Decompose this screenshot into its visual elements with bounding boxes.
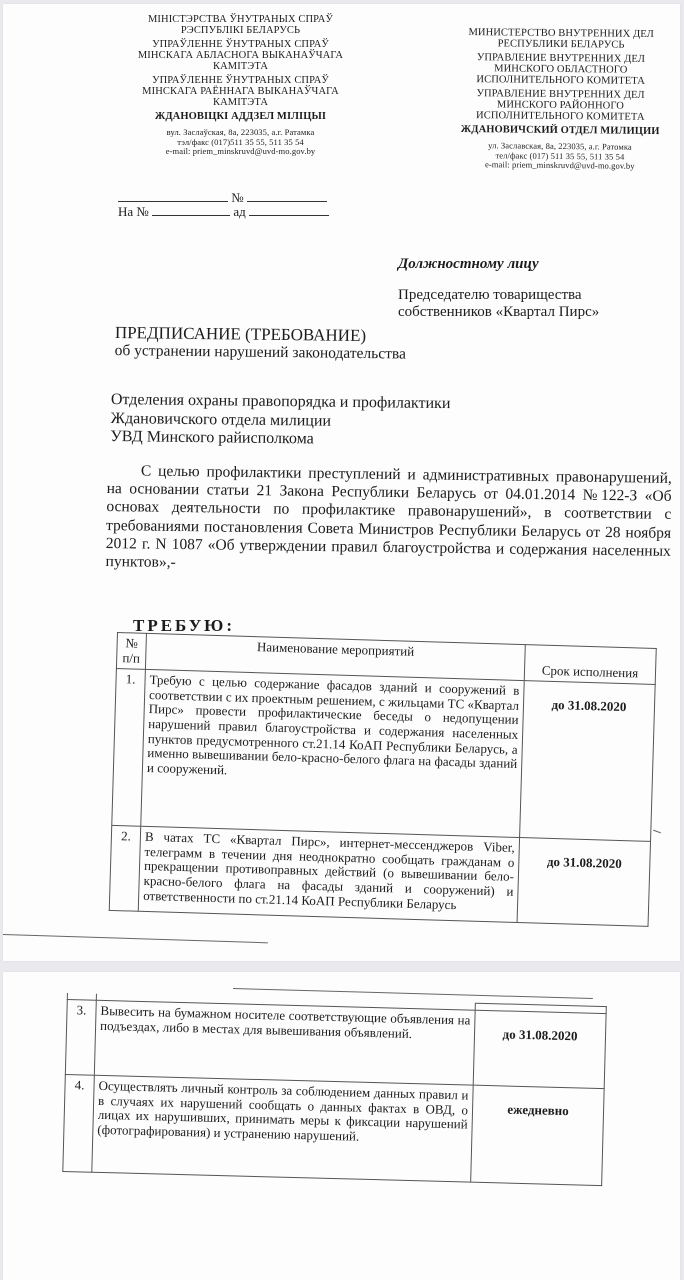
department-name-ru: ЖДАНОВИЧСКИЙ ОТДЕЛ МИЛИЦИИ <box>453 124 668 137</box>
table-row: 4. Осуществлять личный контроль за соблю… <box>63 1074 604 1185</box>
number-blank <box>247 191 327 202</box>
requirements-table-continued: 3. Вывесить на бумажном носителе соответ… <box>62 992 607 1186</box>
addressee-role: Должностному лицу <box>398 256 599 273</box>
ministry-name-ru: МИНИСТЕРСТВО ВНУТРЕННИХ ДЕЛ РЕСПУБЛИКИ Б… <box>454 27 669 51</box>
department-name-by: ЖДАНОВІЦКІ АДДЗЕЛ МІЛІЦЫІ <box>133 111 348 122</box>
email-ru: e-mail: priem_minskruvd@uvd-mo.gov.by <box>452 160 667 172</box>
stray-mark <box>653 830 661 834</box>
document-page-1: МІНІСТЭРСТВА ЎНУТРАНЫХ СПРАЎ РЭСПУБЛІКІ … <box>3 4 680 961</box>
row-num: 4. <box>63 1074 95 1172</box>
date-blank <box>118 191 228 202</box>
row-deadline: до 31.08.2020 <box>473 1010 606 1088</box>
table-row: 3. Вывесить на бумажном носителе соответ… <box>65 1000 606 1089</box>
letterhead-belarusian: МІНІСТЭРСТВА ЎНУТРАНЫХ СПРАЎ РЭСПУБЛІКІ … <box>133 14 348 157</box>
header-num: № п/п <box>116 633 146 670</box>
from-label: ад <box>233 204 245 219</box>
addressee-line-1: Председателю товарищества <box>398 287 599 304</box>
issuer-line-3: УВД Минского райисполкома <box>110 428 450 451</box>
table-row: 1. Требую с целью содержание фасадов зда… <box>112 669 655 842</box>
requirements-table: № п/п Наименование мероприятий Срок испо… <box>109 632 657 927</box>
regional-office-ru: УПРАВЛЕНИЕ ВНУТРЕННИХ ДЕЛ МИНСКОГО ОБЛАС… <box>453 52 668 87</box>
title-sub: об устранении нарушений законодательства <box>115 342 406 364</box>
document-title: ПРЕДПИСАНИЕ (ТРЕБОВАНИЕ) об устранении н… <box>115 324 407 364</box>
row-num: 2. <box>109 826 141 912</box>
regional-office-by: УПРАЎЛЕННЕ ЎНУТРАНЫХ СПРАЎ МІНСКАГА АБЛА… <box>133 39 348 72</box>
district-office-ru: УПРАВЛЕНИЕ ВНУТРЕННИХ ДЕЛ МИНСКОГО РАЙОН… <box>453 88 668 123</box>
row-text: Требую с целью содержание фасадов зданий… <box>141 670 524 838</box>
ministry-name-by: МІНІСТЭРСТВА ЎНУТРАНЫХ СПРАЎ РЭСПУБЛІКІ … <box>133 14 348 36</box>
header-deadline: Срок исполнения <box>524 645 656 685</box>
letterhead-russian: МИНИСТЕРСТВО ВНУТРЕННИХ ДЕЛ РЕСПУБЛИКИ Б… <box>452 27 668 172</box>
row-text: Осуществлять личный контроль за соблюден… <box>92 1075 473 1182</box>
addressee-block: Должностному лицу Председателю товарищес… <box>398 256 599 321</box>
district-office-by: УПРАЎЛЕННЕ ЎНУТРАНЫХ СПРАЎ МІНСКАГА РАЁН… <box>133 75 348 108</box>
number-label: № <box>231 190 243 205</box>
table-row: 2. В чатах ТС «Квартал Пирс», интернет-м… <box>109 826 650 927</box>
registration-line-2: На № ад <box>118 204 329 220</box>
from-blank <box>249 205 329 216</box>
row-deadline: ежедневно <box>471 1085 604 1185</box>
row-num: 3. <box>65 1000 96 1076</box>
row-num: 1. <box>112 669 146 827</box>
email-by: e-mail: priem_minskruvd@uvd-mo.gov.by <box>133 147 348 157</box>
row-text: Вывесить на бумажном носителе соответств… <box>94 1000 475 1085</box>
row-deadline: до 31.08.2020 <box>517 838 650 927</box>
reference-blank <box>152 205 230 216</box>
row-deadline: до 31.08.2020 <box>520 681 656 842</box>
addressee-line-2: собственников «Квартал Пирс» <box>398 304 599 321</box>
scan-edge-line <box>3 934 268 943</box>
row-text: В чатах ТС «Квартал Пирс», интернет-месс… <box>138 826 519 922</box>
preamble-paragraph: С целью профилактики преступлений и адми… <box>105 462 671 579</box>
reference-label: На № <box>118 204 149 219</box>
issuer-block: Отделения охраны правопорядка и профилак… <box>110 391 450 451</box>
